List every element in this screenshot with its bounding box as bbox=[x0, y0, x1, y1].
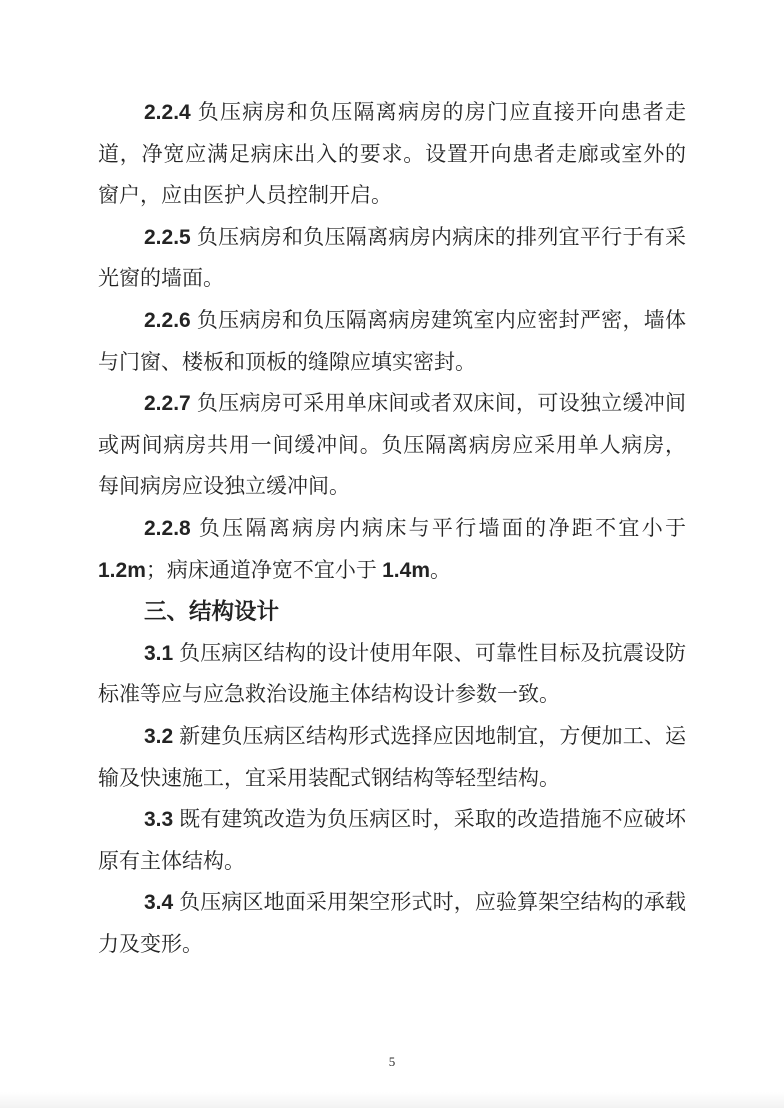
page-number: 5 bbox=[389, 1054, 396, 1069]
text-segment: 负压病房可采用单床间或者双床间，可设独立缓冲间 bbox=[197, 391, 686, 415]
section-heading: 三、结构设计 bbox=[98, 591, 686, 633]
page-footer: 5 bbox=[0, 1054, 784, 1070]
text-segment: 每间病房应设独立缓冲间。 bbox=[98, 474, 350, 498]
text-line: 2.2.4 负压病房和负压隔离病房的房门应直接开向患者走 bbox=[98, 92, 686, 134]
text-line: 窗户，应由医护人员控制开启。 bbox=[98, 175, 686, 217]
text-segment: 负压病区结构的设计使用年限、可靠性目标及抗震设防 bbox=[179, 641, 686, 665]
text-segment: 负压病房和负压隔离病房内病床的排列宜平行于有采 bbox=[197, 225, 686, 249]
text-segment: 道，净宽应满足病床出入的要求。设置开向患者走廊或室外的 bbox=[98, 142, 686, 166]
bold-text-segment: 三、结构设计 bbox=[144, 599, 279, 624]
text-line: 1.2m；病床通道净宽不宜小于 1.4m。 bbox=[98, 550, 686, 592]
bold-text-segment: 1.2m bbox=[98, 559, 146, 582]
text-line: 2.2.5 负压病房和负压隔离病房内病床的排列宜平行于有采 bbox=[98, 217, 686, 259]
text-line: 道，净宽应满足病床出入的要求。设置开向患者走廊或室外的 bbox=[98, 134, 686, 176]
paragraph: 3.2 新建负压病区结构形式选择应因地制宜，方便加工、运输及快速施工，宜采用装配… bbox=[98, 716, 686, 799]
text-line: 2.2.7 负压病房可采用单床间或者双床间，可设独立缓冲间 bbox=[98, 383, 686, 425]
bold-text-segment: 2.2.6 bbox=[144, 309, 197, 332]
text-line: 三、结构设计 bbox=[98, 591, 686, 633]
text-segment: 光窗的墙面。 bbox=[98, 266, 224, 290]
text-segment: 标准等应与应急救治设施主体结构设计参数一致。 bbox=[98, 682, 560, 706]
text-line: 与门窗、楼板和顶板的缝隙应填实密封。 bbox=[98, 342, 686, 384]
text-segment: 力及变形。 bbox=[98, 932, 203, 956]
text-line: 原有主体结构。 bbox=[98, 841, 686, 883]
bold-text-segment: 2.2.7 bbox=[144, 392, 197, 415]
paragraph: 3.3 既有建筑改造为负压病区时，采取的改造措施不应破坏原有主体结构。 bbox=[98, 799, 686, 882]
text-line: 3.2 新建负压病区结构形式选择应因地制宜，方便加工、运 bbox=[98, 716, 686, 758]
text-segment: 负压病房和负压隔离病房的房门应直接开向患者走 bbox=[198, 100, 686, 124]
text-segment: ；病床通道净宽不宜小于 bbox=[146, 558, 382, 582]
text-line: 输及快速施工，宜采用装配式钢结构等轻型结构。 bbox=[98, 758, 686, 800]
text-segment: 既有建筑改造为负压病区时，采取的改造措施不应破坏 bbox=[179, 807, 686, 831]
text-line: 每间病房应设独立缓冲间。 bbox=[98, 466, 686, 508]
paragraph: 2.2.4 负压病房和负压隔离病房的房门应直接开向患者走道，净宽应满足病床出入的… bbox=[98, 92, 686, 217]
bold-text-segment: 3.2 bbox=[144, 725, 179, 748]
paragraph: 2.2.8 负压隔离病房内病床与平行墙面的净距不宜小于1.2m；病床通道净宽不宜… bbox=[98, 508, 686, 591]
text-line: 2.2.6 负压病房和负压隔离病房建筑室内应密封严密，墙体 bbox=[98, 300, 686, 342]
bold-text-segment: 3.3 bbox=[144, 808, 179, 831]
paragraph: 3.4 负压病区地面采用架空形式时，应验算架空结构的承载力及变形。 bbox=[98, 882, 686, 965]
bold-text-segment: 3.4 bbox=[144, 891, 179, 914]
text-line: 2.2.8 负压隔离病房内病床与平行墙面的净距不宜小于 bbox=[98, 508, 686, 550]
text-segment: 或两间病房共用一间缓冲间。负压隔离病房应采用单人病房， bbox=[98, 433, 686, 457]
text-segment: 负压病房和负压隔离病房建筑室内应密封严密，墙体 bbox=[197, 308, 686, 332]
text-segment: 与门窗、楼板和顶板的缝隙应填实密封。 bbox=[98, 350, 476, 374]
bold-text-segment: 2.2.5 bbox=[144, 226, 197, 249]
text-line: 3.4 负压病区地面采用架空形式时，应验算架空结构的承载 bbox=[98, 882, 686, 924]
text-segment: 负压隔离病房内病床与平行墙面的净距不宜小于 bbox=[199, 516, 686, 540]
text-line: 3.1 负压病区结构的设计使用年限、可靠性目标及抗震设防 bbox=[98, 633, 686, 675]
text-segment: 窗户，应由医护人员控制开启。 bbox=[98, 183, 392, 207]
paragraph: 3.1 负压病区结构的设计使用年限、可靠性目标及抗震设防标准等应与应急救治设施主… bbox=[98, 633, 686, 716]
scan-edge-shading bbox=[0, 1092, 784, 1108]
text-segment: 负压病区地面采用架空形式时，应验算架空结构的承载 bbox=[179, 890, 686, 914]
text-line: 或两间病房共用一间缓冲间。负压隔离病房应采用单人病房， bbox=[98, 425, 686, 467]
text-segment: 输及快速施工，宜采用装配式钢结构等轻型结构。 bbox=[98, 766, 560, 790]
text-line: 3.3 既有建筑改造为负压病区时，采取的改造措施不应破坏 bbox=[98, 799, 686, 841]
text-segment: 原有主体结构。 bbox=[98, 849, 245, 873]
bold-text-segment: 1.4m bbox=[382, 559, 430, 582]
bold-text-segment: 2.2.8 bbox=[144, 517, 199, 540]
text-segment: 。 bbox=[430, 558, 451, 582]
text-line: 力及变形。 bbox=[98, 924, 686, 966]
text-line: 光窗的墙面。 bbox=[98, 258, 686, 300]
bold-text-segment: 3.1 bbox=[144, 642, 179, 665]
paragraph: 2.2.6 负压病房和负压隔离病房建筑室内应密封严密，墙体与门窗、楼板和顶板的缝… bbox=[98, 300, 686, 383]
document-body: 2.2.4 负压病房和负压隔离病房的房门应直接开向患者走道，净宽应满足病床出入的… bbox=[98, 92, 686, 965]
paragraph: 2.2.7 负压病房可采用单床间或者双床间，可设独立缓冲间或两间病房共用一间缓冲… bbox=[98, 383, 686, 508]
text-segment: 新建负压病区结构形式选择应因地制宜，方便加工、运 bbox=[179, 724, 686, 748]
paragraph: 2.2.5 负压病房和负压隔离病房内病床的排列宜平行于有采光窗的墙面。 bbox=[98, 217, 686, 300]
text-line: 标准等应与应急救治设施主体结构设计参数一致。 bbox=[98, 674, 686, 716]
bold-text-segment: 2.2.4 bbox=[144, 101, 198, 124]
